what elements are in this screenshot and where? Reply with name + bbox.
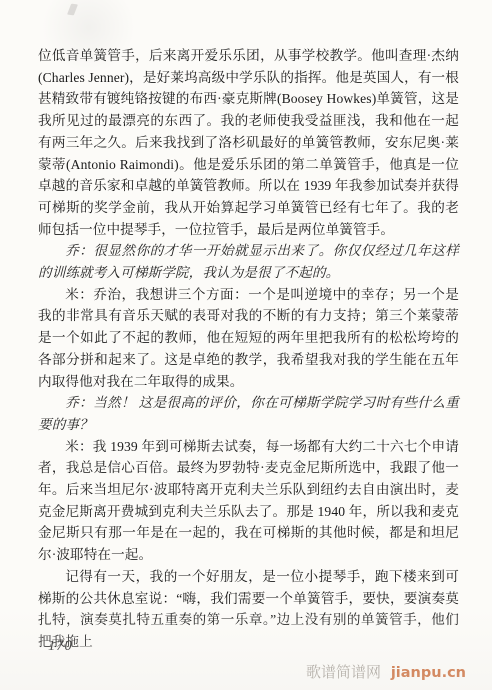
paragraph-dialogue-qiao-1: 乔：很显然你的才华一开始就显示出来了。你仅仅经过几年这样的训练就考入可梯斯学院，… [38, 240, 459, 283]
watermark: 歌谱简谱网 jianpu.cn [306, 661, 466, 682]
book-page: 位低音单簧管手，后来离开爱乐乐团，从事学校教学。他叫查理·杰纳(Charles … [0, 0, 492, 690]
paragraph-dialogue-mi-3: 记得有一天，我的一个好朋友，是一位小提琴手，跑下楼来到可梯斯的公共休息室说：“嗨… [38, 566, 459, 653]
scan-artifact [67, 4, 78, 16]
watermark-site-url[interactable]: jianpu.cn [391, 665, 466, 681]
paragraph-dialogue-mi-1: 米：乔治，我想讲三个方面：一个是叫逆境中的幸存；另一个是我的非常具有音乐天赋的表… [38, 284, 459, 393]
paragraph-dialogue-qiao-2: 乔：当然！ 这是很高的评价，你在可梯斯学院学习时有些什么重要的事？ [38, 392, 459, 435]
page-number: 170 [48, 638, 73, 655]
body-text: 位低音单簧管手，后来离开爱乐乐团，从事学校教学。他叫查理·杰纳(Charles … [38, 45, 459, 653]
paragraph-narration: 位低音单簧管手，后来离开爱乐乐团，从事学校教学。他叫查理·杰纳(Charles … [38, 45, 459, 240]
watermark-site-name: 歌谱简谱网 [306, 665, 381, 681]
paragraph-dialogue-mi-2: 米：我 1939 年到可梯斯去试奏，每一场都有大约二十六七个申请者，我总是信心百… [38, 436, 459, 566]
